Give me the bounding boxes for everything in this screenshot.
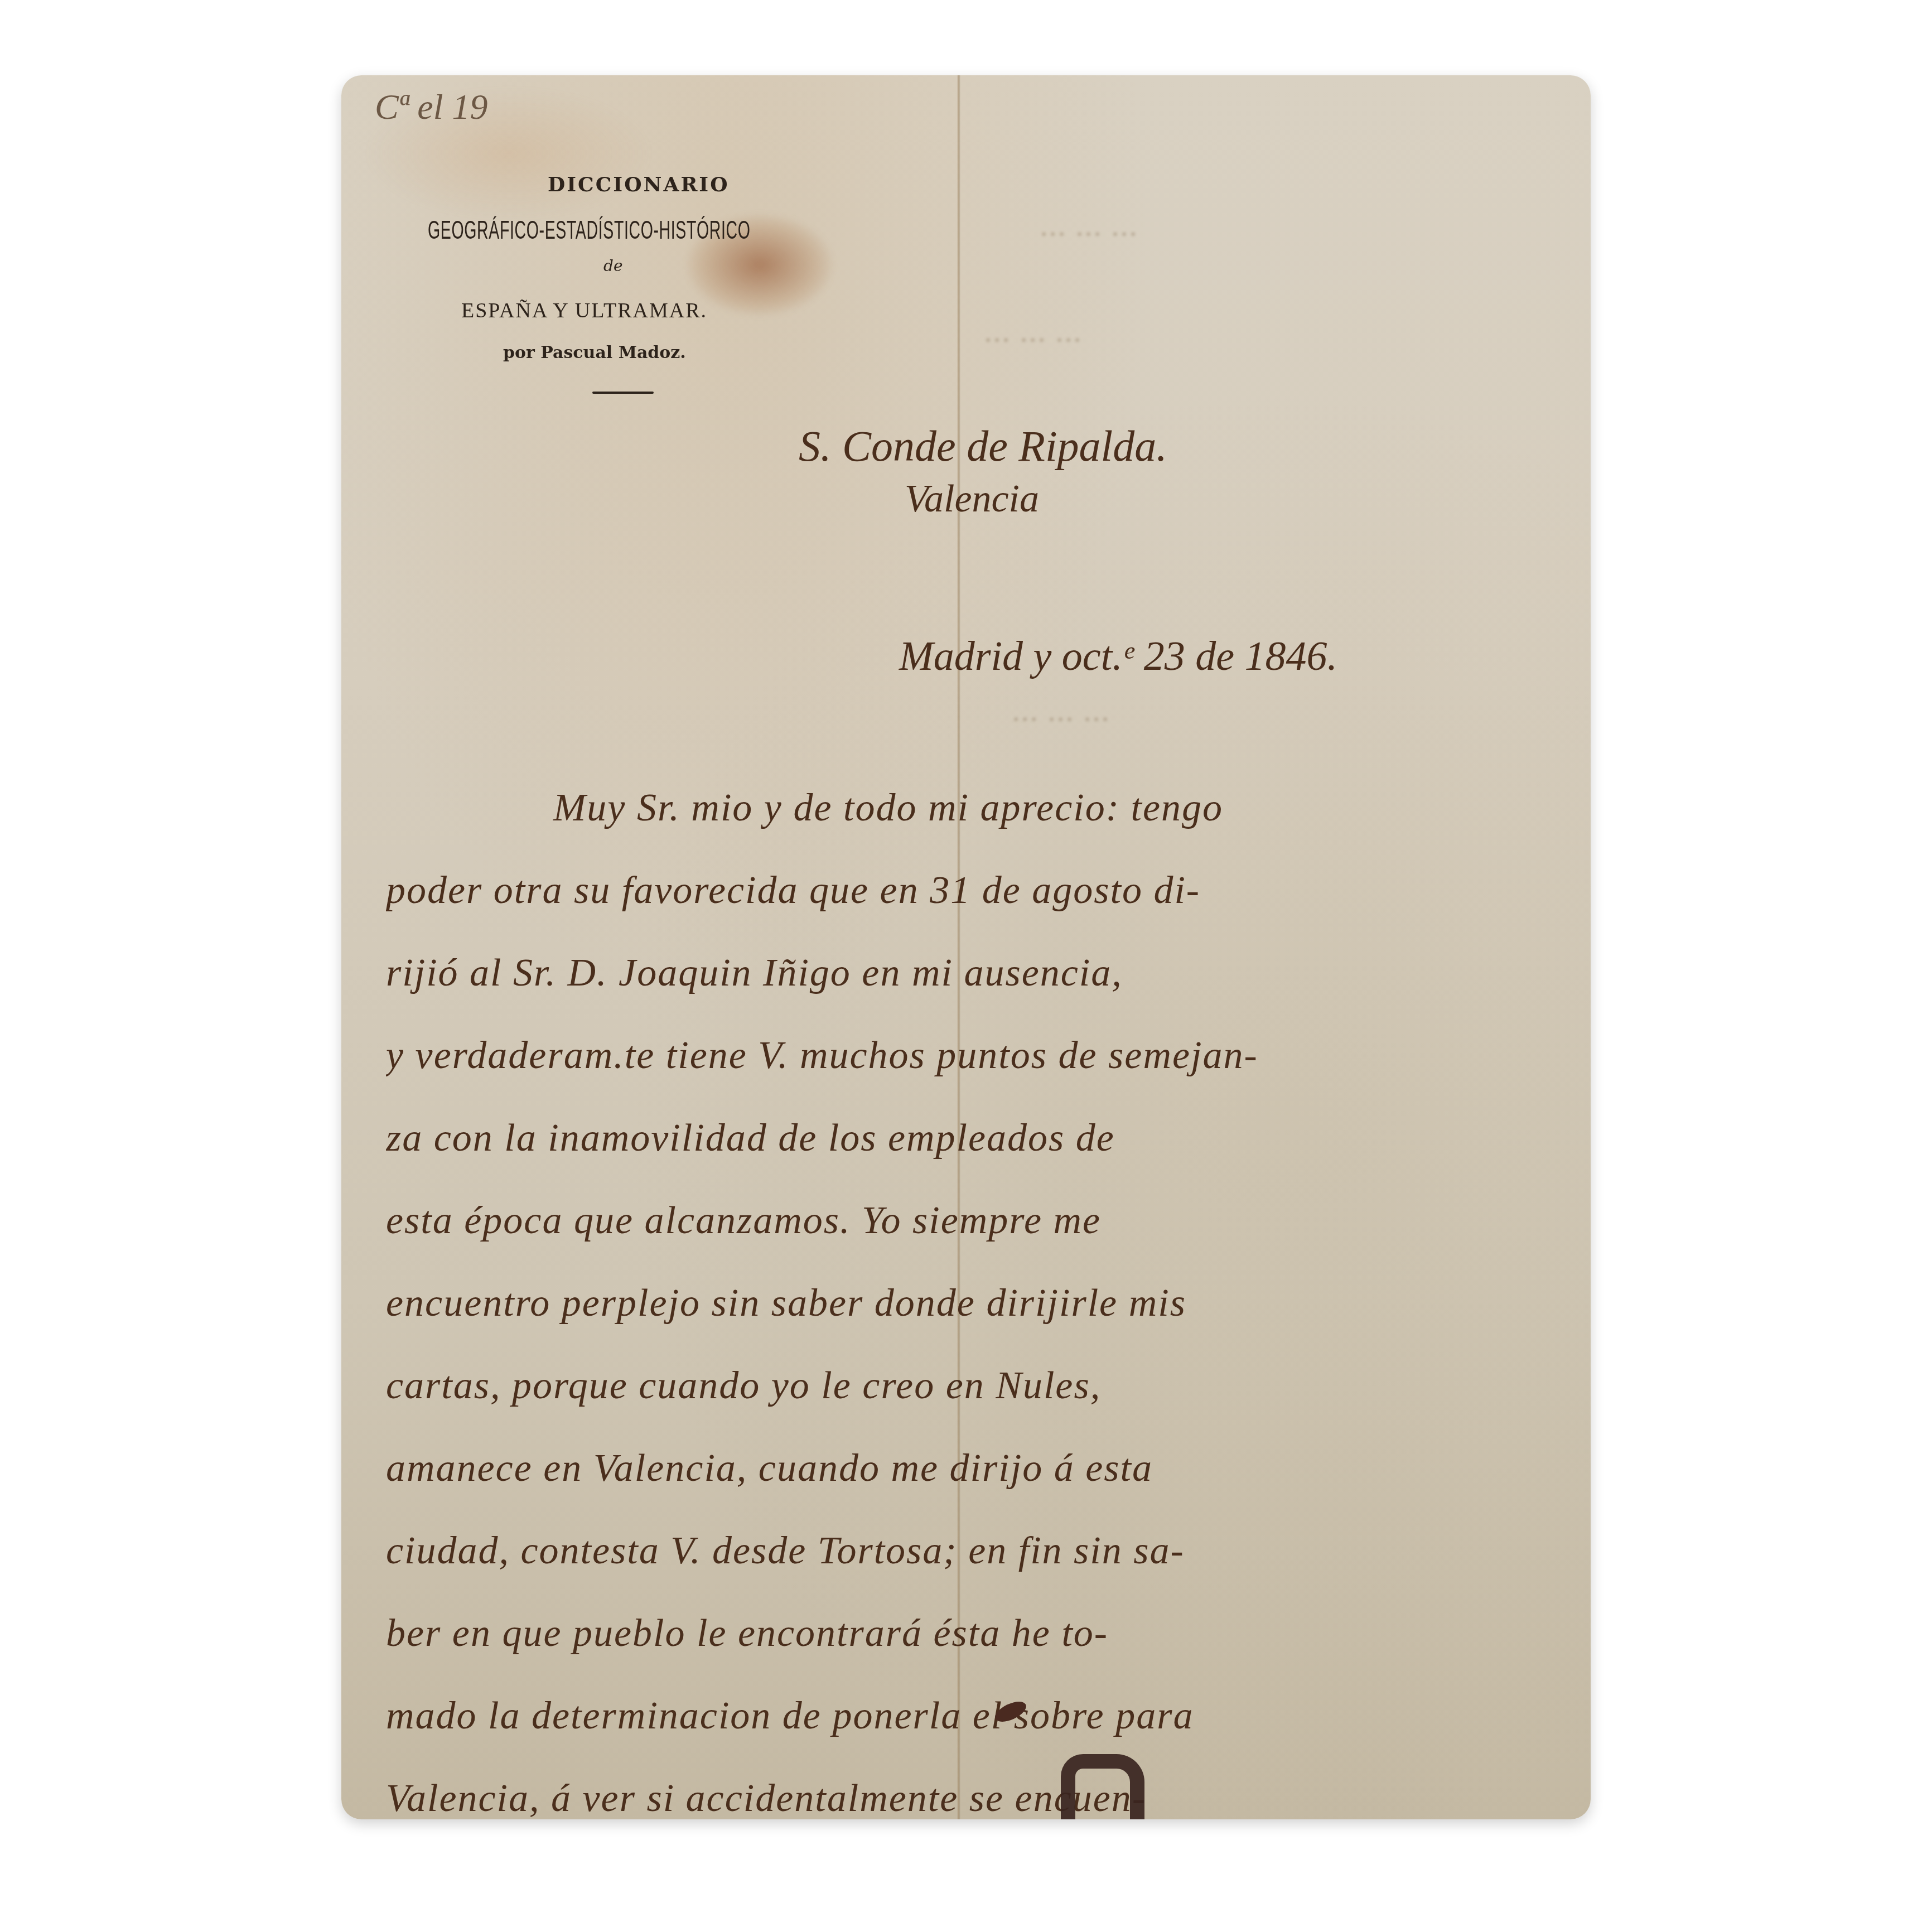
letterhead-author: por Pascual Madoz. bbox=[503, 343, 686, 363]
wax-seal-remnant bbox=[1061, 1754, 1144, 1819]
dateline: Madrid y oct.ᵉ 23 de 1846. bbox=[899, 633, 1337, 680]
corner-annotation: Cª el 19 bbox=[375, 86, 488, 128]
body-line: esta época que alcanzamos. Yo siempre me bbox=[386, 1180, 1546, 1262]
letterhead-region: ESPAÑA Y ULTRAMAR. bbox=[461, 298, 707, 323]
body-line: y verdaderam.te tiene V. muchos puntos d… bbox=[386, 1015, 1546, 1097]
addressee-name: S. Conde de Ripalda. bbox=[799, 421, 1167, 471]
body-line: za con la inamovilidad de los empleados … bbox=[386, 1097, 1546, 1180]
letterhead-title: DICCIONARIO bbox=[548, 173, 730, 196]
body-line: cartas, porque cuando yo le creo en Nule… bbox=[386, 1345, 1546, 1427]
body-line: ber en que pueblo le encontrará ésta he … bbox=[386, 1592, 1546, 1675]
body-line: Muy Sr. mio y de todo mi aprecio: tengo bbox=[386, 767, 1546, 849]
bleed-through-text: ... ... ... bbox=[1011, 689, 1109, 730]
letter-paper: ... ... ... ... ... ... ... ... ... Cª e… bbox=[341, 75, 1591, 1819]
body-line: rijió al Sr. D. Joaquin Iñigo en mi ause… bbox=[386, 932, 1546, 1015]
bleed-through-text: ... ... ... bbox=[1039, 204, 1137, 245]
letterhead-rule bbox=[592, 392, 654, 394]
body-line: encuentro perplejo sin saber donde dirij… bbox=[386, 1262, 1546, 1345]
body-line: mado la determinacion de ponerla el sobr… bbox=[386, 1675, 1546, 1757]
letterhead-de: de bbox=[603, 257, 623, 275]
body-line: Valencia, á ver si accidentalmente se en… bbox=[386, 1757, 1546, 1819]
letterhead-subtitle: GEOGRÁFICO-ESTADÍSTICO-HISTÓRICO bbox=[428, 215, 751, 245]
body-line: poder otra su favorecida que en 31 de ag… bbox=[386, 849, 1546, 932]
body-line: amanece en Valencia, cuando me dirijo á … bbox=[386, 1427, 1546, 1510]
body-line: ciudad, contesta V. desde Tortosa; en fi… bbox=[386, 1510, 1546, 1592]
letter-body: Muy Sr. mio y de todo mi aprecio: tengo … bbox=[386, 767, 1546, 1819]
addressee-city: Valencia bbox=[905, 477, 1039, 521]
bleed-through-text: ... ... ... bbox=[983, 310, 1081, 351]
